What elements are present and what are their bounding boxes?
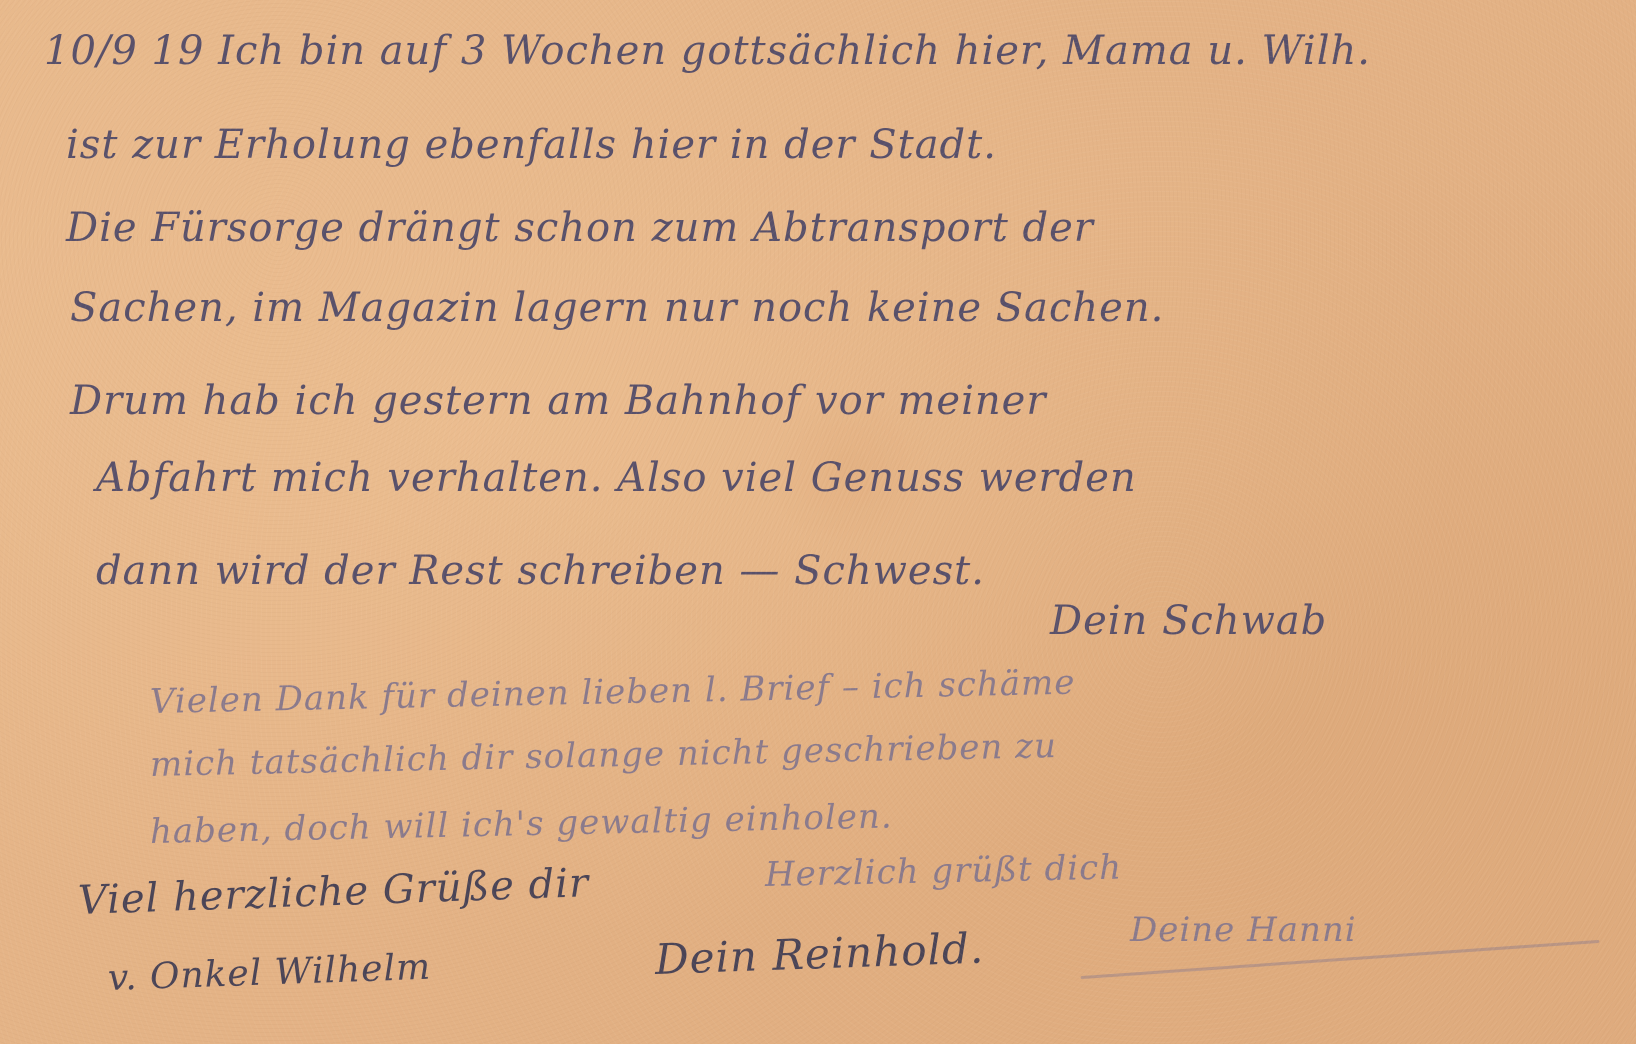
third-message-line-2: v. Onkel Wilhelm (107, 947, 431, 999)
second-message-line-2: mich tatsächlich dir solange nicht gesch… (150, 726, 1058, 785)
main-message-line-6: Abfahrt mich verhalten. Also viel Genuss… (96, 455, 1137, 501)
second-message-line-3: haben, doch will ich's gewaltig einholen… (150, 796, 893, 852)
second-message-line-1: Vielen Dank für deinen lieben l. Brief –… (150, 663, 1076, 722)
main-message-line-2: ist zur Erholung ebenfalls hier in der S… (66, 122, 997, 168)
third-message-signature: Dein Reinhold. (654, 924, 985, 984)
third-message-line-1: Viel herzliche Grüße dir (77, 860, 590, 924)
main-message-line-5: Drum hab ich gestern am Bahnhof vor mein… (70, 378, 1046, 424)
second-message-closing: Herzlich grüßt dich (765, 848, 1123, 895)
main-message-line-4: Sachen, im Magazin lagern nur noch keine… (70, 285, 1164, 331)
main-message-signature: Dein Schwab (1050, 598, 1327, 644)
postcard: 10/9 19 Ich bin auf 3 Wochen gottsächlic… (0, 0, 1636, 1044)
second-message-signature: Deine Hanni (1130, 910, 1357, 950)
main-message-line-7: dann wird der Rest schreiben — Schwest. (96, 548, 985, 594)
main-message-line-3: Die Fürsorge drängt schon zum Abtranspor… (66, 205, 1094, 251)
main-message-line-1: 10/9 19 Ich bin auf 3 Wochen gottsächlic… (44, 28, 1371, 74)
